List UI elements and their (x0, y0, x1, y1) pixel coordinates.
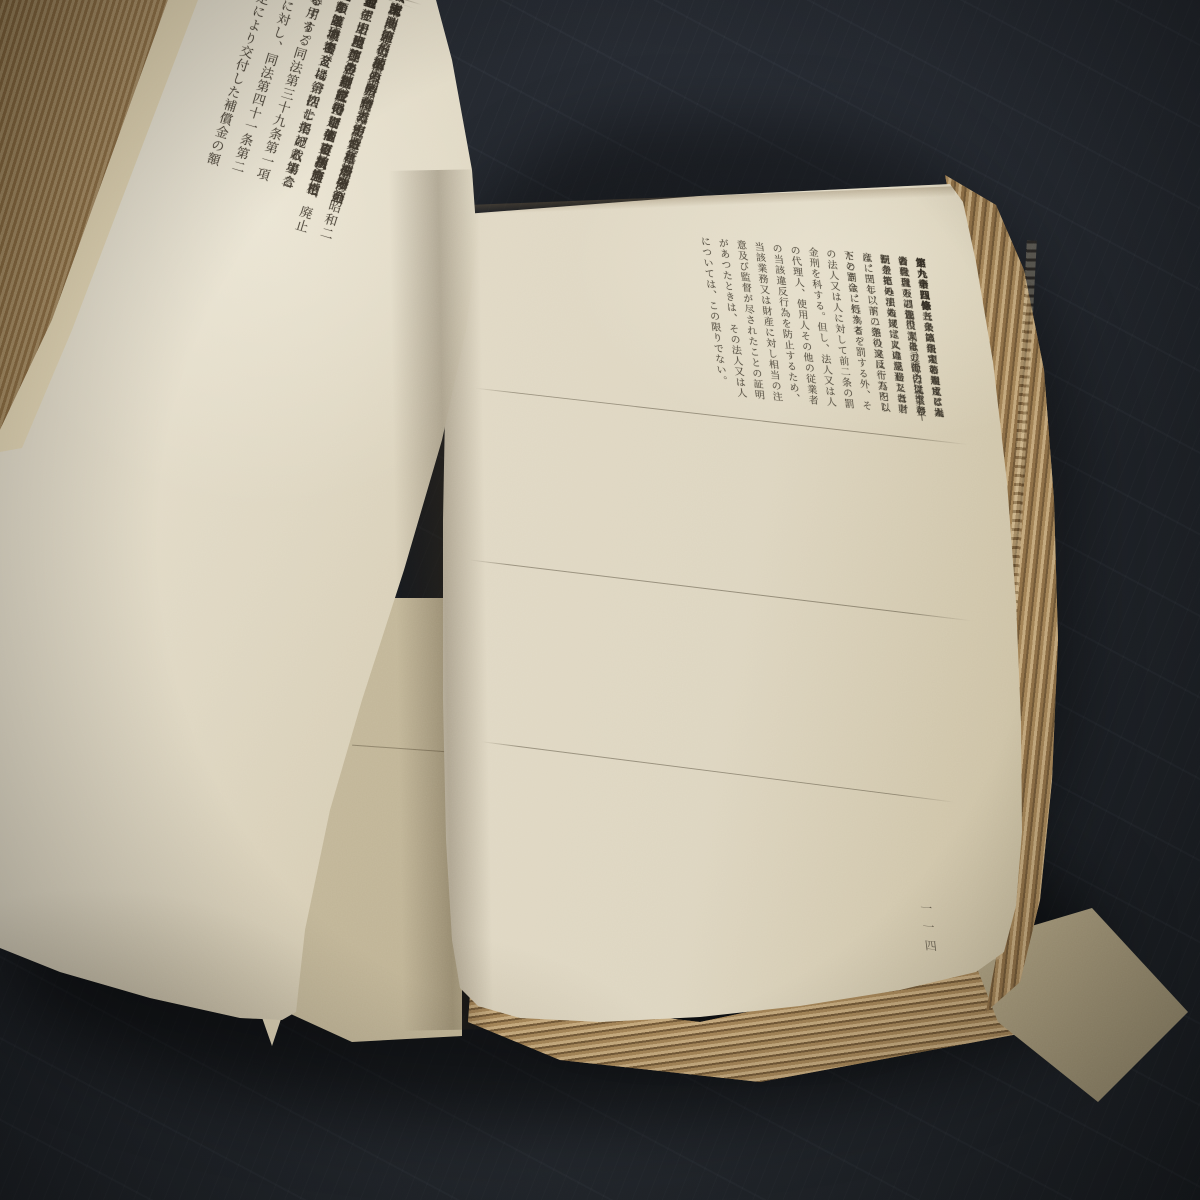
page-number-folio: 一一四 (917, 901, 941, 959)
article-94-body: 法人の代表者又は法人若しくは人の代理人、使用人その他の従業者が、その法人又は人の… (694, 235, 947, 429)
open-book-photo: 第一項（第三十二条で準用する場合を含む。）第二十三条又は第七十三条第一項の規定に… (0, 0, 1200, 1200)
left-band-appendix: 及び農地調整法施行規則（昭和二十三年勅令第三十一号）は、廃止する。 (0, 0, 396, 243)
right-page-content: 第一項（第三十二条で準用する場合を含む。）第二十三条又は第七十三条第一項の規定に… (455, 170, 1019, 970)
section-rule (481, 741, 955, 803)
section-rule (469, 559, 971, 621)
gutter-crease-shadow (389, 169, 494, 1030)
